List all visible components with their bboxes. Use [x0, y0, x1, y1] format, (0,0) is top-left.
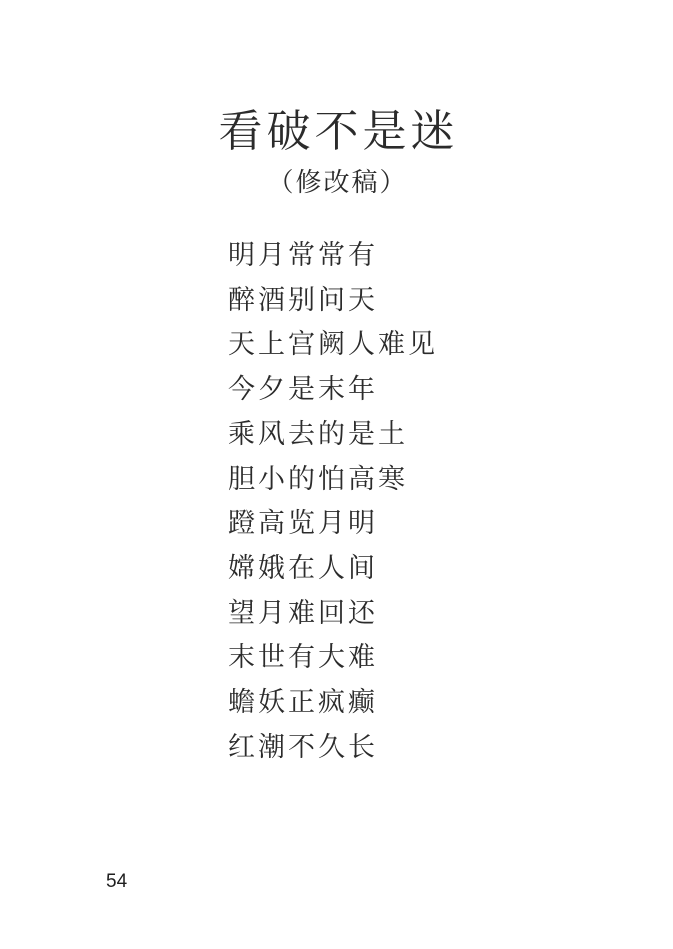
- poem-line: 乘风去的是土: [228, 412, 438, 457]
- poem-line: 今夕是末年: [228, 367, 438, 412]
- poem-line: 蟾妖正疯癫: [228, 680, 438, 725]
- poem-subtitle: （修改稿）: [0, 162, 673, 199]
- poem-line: 醉酒别问天: [228, 278, 438, 323]
- book-page: 看破不是迷 （修改稿） 明月常常有 醉酒别问天 天上宫阙人难见 今夕是末年 乘风…: [0, 0, 673, 949]
- poem-line: 望月难回还: [228, 591, 438, 636]
- poem-line: 红潮不久长: [228, 725, 438, 770]
- poem-line: 明月常常有: [228, 233, 438, 278]
- poem-line: 蹬高览月明: [228, 501, 438, 546]
- poem-line: 天上宫阙人难见: [228, 322, 438, 367]
- page-number: 54: [106, 871, 127, 893]
- poem-line: 末世有大难: [228, 635, 438, 680]
- poem-title: 看破不是迷: [0, 95, 673, 159]
- poem-body: 明月常常有 醉酒别问天 天上宫阙人难见 今夕是末年 乘风去的是土 胆小的怕高寒 …: [228, 233, 438, 769]
- poem-line: 胆小的怕高寒: [228, 457, 438, 502]
- poem-line: 嫦娥在人间: [228, 546, 438, 591]
